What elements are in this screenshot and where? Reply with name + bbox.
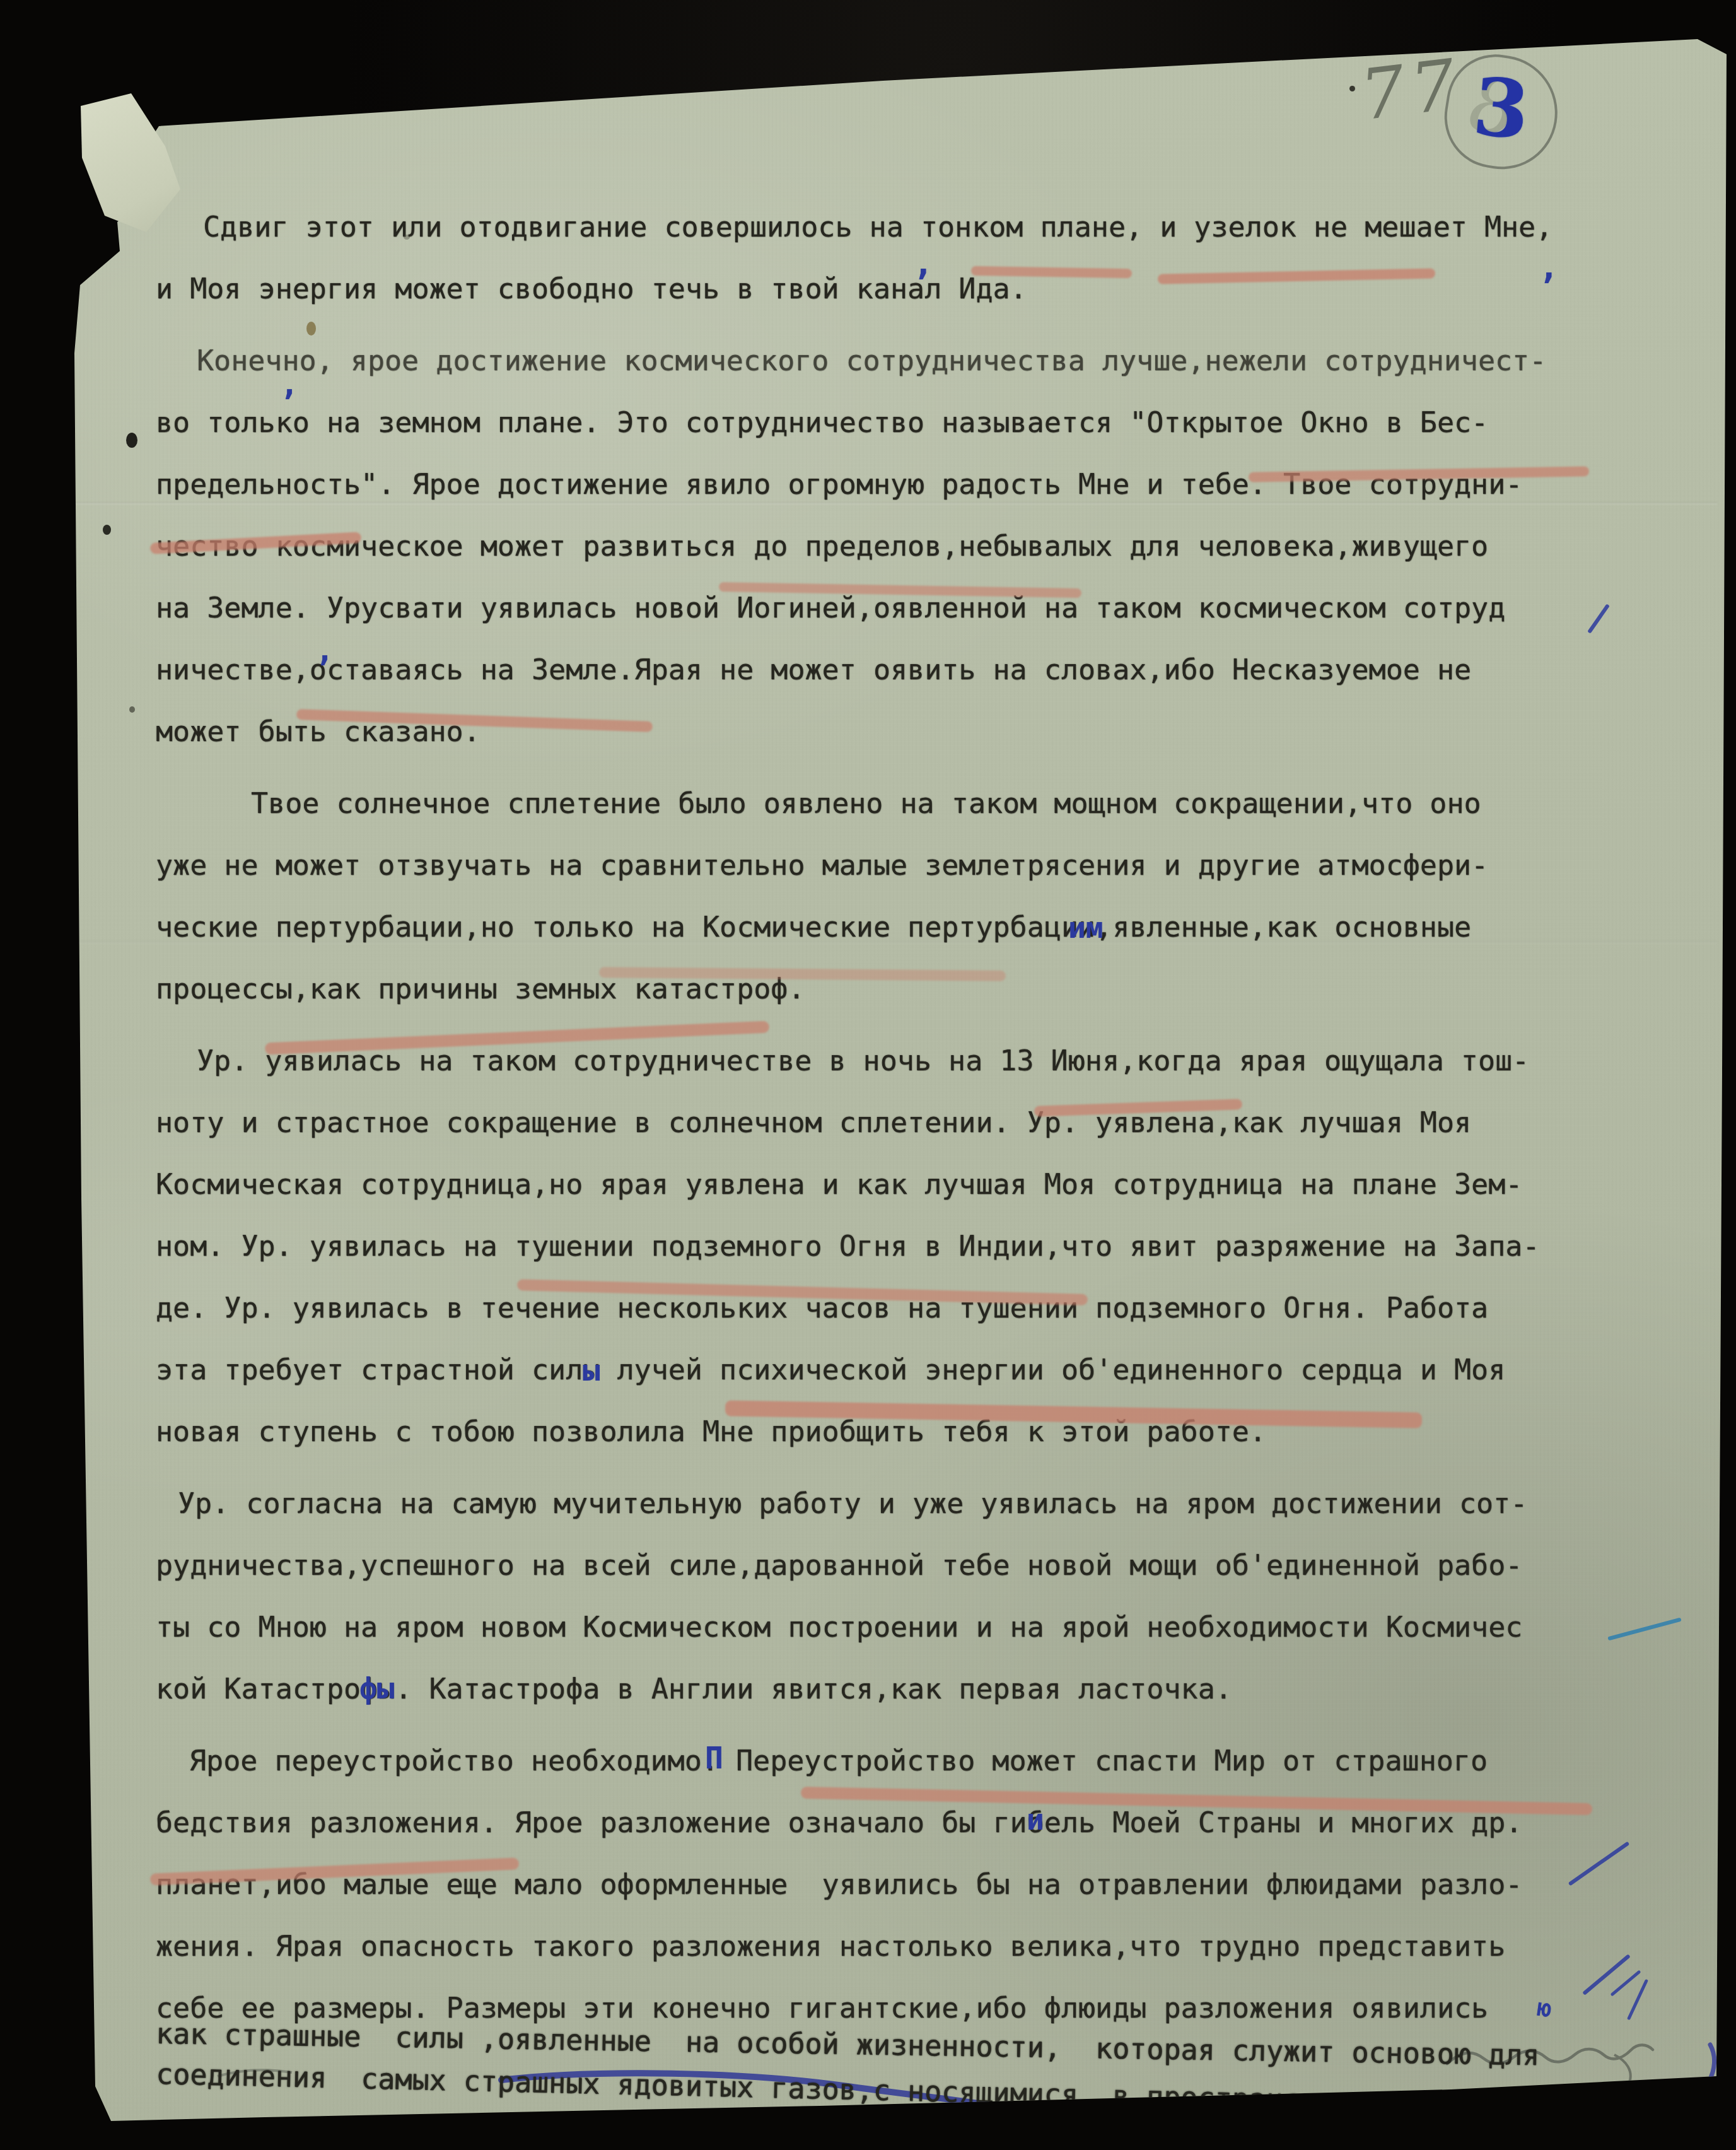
paper-speck — [129, 706, 135, 713]
blue-ink-correction: , — [913, 243, 934, 283]
typed-line: Космическая сотрудница,но ярая уявлена и… — [156, 1166, 1522, 1203]
typed-line: на Земле. Урусвати уявилась новой Иогине… — [156, 589, 1505, 627]
blue-ink-correction: фы — [359, 1671, 394, 1705]
typed-line: рудничества,успешного на всей силе,даров… — [156, 1546, 1522, 1584]
paper-speck — [126, 433, 137, 448]
blue-ink-correction: , — [1539, 247, 1559, 287]
typed-line: уже не может отзвучать на сравнительно м… — [156, 846, 1488, 884]
blue-ink-correction: им — [1068, 911, 1103, 945]
blue-ink-correction: П — [705, 1741, 723, 1776]
typed-line: Ярое переустройство необходимо. Переустр… — [189, 1742, 1488, 1780]
typed-line: ты со Мною на яром новом Космическом пос… — [156, 1608, 1522, 1646]
blue-ink-correction: ы — [583, 1353, 600, 1388]
paper-speck — [404, 235, 410, 240]
typed-line: кой Катастрофы. Катастрофа в Англии явит… — [156, 1670, 1232, 1708]
typed-line: эта требует страстной силы лучей психиче… — [156, 1351, 1505, 1389]
typed-line: Конечно, ярое достижение космического со… — [197, 342, 1546, 380]
paper-speck — [1349, 86, 1355, 91]
blue-ink-correction: , — [280, 366, 299, 402]
typed-line: и Моя энергия может свободно течь в твой… — [156, 270, 1027, 308]
paper-speck — [103, 525, 111, 535]
typed-line: Ур. согласна на самую мучительную работу… — [178, 1485, 1527, 1522]
scan-background: 77 8 3 Сдвиг этот или отодвигание соверш… — [0, 0, 1736, 2150]
typed-line: ничестве,оставаясь на Земле.Ярая не може… — [156, 651, 1471, 689]
typed-line: ном. Ур. уявилась на тушении подземного … — [156, 1227, 1539, 1265]
typed-line: Твое солнечное сплетение было оявлено на… — [251, 785, 1481, 822]
paper-sheet: 77 8 3 Сдвиг этот или отодвигание соверш… — [0, 0, 1736, 2150]
typed-line: ческие пертурбации,но только на Космичес… — [156, 908, 1471, 946]
typed-line: жения. Ярая опасность такого разложения … — [156, 1927, 1505, 1965]
typed-line: во только на земном плане. Это сотруднич… — [156, 404, 1488, 441]
page-number: 3 — [1470, 59, 1533, 157]
blue-ink-correction: , — [315, 632, 334, 669]
blue-ink-correction: и — [1027, 1802, 1044, 1837]
typed-line: ноту и страстное сокращение в солнечном … — [156, 1104, 1471, 1142]
typed-line: Сдвиг этот или отодвигание совершилось н… — [203, 208, 1552, 246]
paper-speck — [306, 322, 316, 336]
